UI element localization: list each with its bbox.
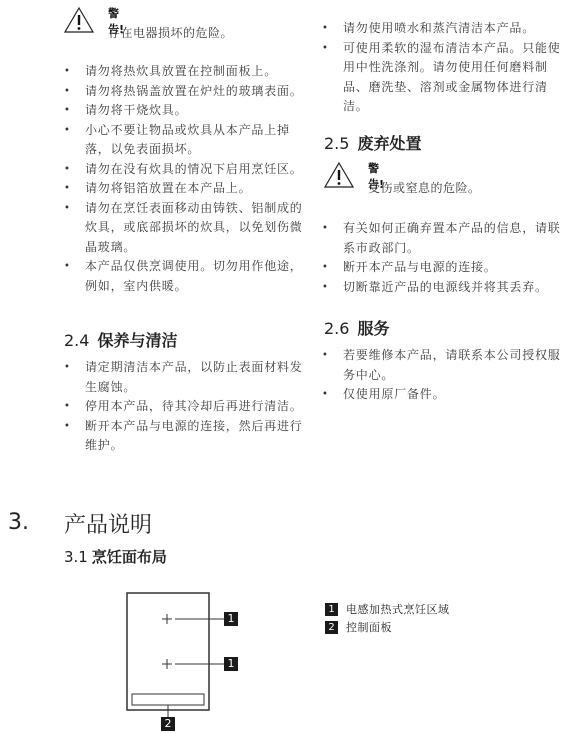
list-item: 请勿在没有炊具的情况下启用烹饪区。 xyxy=(64,160,304,180)
diagram-legend: 1 电感加热式烹饪区域 2 控制面板 xyxy=(325,600,450,636)
legend-label: 控制面板 xyxy=(346,619,392,635)
section-title: 废弃处置 xyxy=(357,134,421,153)
disposal-bullet-list: 有关如何正确弃置本产品的信息，请联系市政部门。 断开本产品与电源的连接。 切断靠… xyxy=(322,219,567,297)
chapter-number: 3. xyxy=(8,510,29,535)
list-item: 小心不要让物品或炊具从本产品上掉落，以免表面损坏。 xyxy=(64,121,304,160)
list-item: 若要维修本产品，请联系本公司授权服务中心。 xyxy=(322,346,567,385)
section-number: 2.5 xyxy=(324,134,349,153)
section-title: 服务 xyxy=(357,319,389,338)
section-number: 2.6 xyxy=(324,319,349,338)
list-item: 本产品仅供烹调使用。切勿用作他途，例如，室内供暖。 xyxy=(64,257,304,296)
list-item: 请勿将铝箔放置在本产品上。 xyxy=(64,179,304,199)
list-item: 断开本产品与电源的连接，然后再进行维护。 xyxy=(64,417,304,456)
legend-item: 2 控制面板 xyxy=(325,618,450,636)
list-item: 可使用柔软的湿布清洁本产品。只能使用中性洗涤剂。请勿使用任何磨料制品、磨洗垫、溶… xyxy=(322,39,567,117)
chapter-title: 产品说明 xyxy=(64,508,152,539)
section-title: 保养与清洁 xyxy=(97,331,177,350)
legend-number-badge: 1 xyxy=(325,603,338,616)
section-heading-2-4: 2.4保养与清洁 xyxy=(64,328,177,351)
list-item: 停用本产品，待其冷却后再进行清洁。 xyxy=(64,397,304,417)
list-item: 切断靠近产品的电源线并将其丢弃。 xyxy=(322,278,567,298)
list-item: 请勿将热锅盖放置在炉灶的玻璃表面。 xyxy=(64,82,304,102)
warning-text: 受伤或窒息的危险。 xyxy=(368,179,481,196)
service-bullet-list: 若要维修本产品，请联系本公司授权服务中心。 仅使用原厂备件。 xyxy=(322,346,567,405)
section-heading-2-5: 2.5废弃处置 xyxy=(324,131,421,154)
list-item: 请定期清洁本产品，以防止表面材料发生腐蚀。 xyxy=(64,358,304,397)
list-item: 请勿将干烧炊具。 xyxy=(64,101,304,121)
legend-item: 1 电感加热式烹饪区域 xyxy=(325,600,450,618)
callout-cooking-zone: 1 xyxy=(224,612,238,626)
legend-number-badge: 2 xyxy=(325,621,338,634)
legend-label: 电感加热式烹饪区域 xyxy=(346,601,450,617)
list-item: 请勿将热炊具放置在控制面板上。 xyxy=(64,62,304,82)
section-heading-3-1: 3.1烹饪面布局 xyxy=(64,546,167,567)
list-item: 断开本产品与电源的连接。 xyxy=(322,258,567,278)
warning-triangle-icon xyxy=(64,7,94,33)
list-item: 请勿使用喷水和蒸汽清洁本产品。 xyxy=(322,19,567,39)
warning-text: 存在电器损坏的危险。 xyxy=(108,24,233,41)
section-number: 3.1 xyxy=(64,548,88,566)
cleaning-bullet-list: 请勿使用喷水和蒸汽清洁本产品。 可使用柔软的湿布清洁本产品。只能使用中性洗涤剂。… xyxy=(322,19,567,117)
care-cleaning-list: 请定期清洁本产品，以防止表面材料发生腐蚀。 停用本产品，待其冷却后再进行清洁。 … xyxy=(64,358,304,456)
callout-cooking-zone: 1 xyxy=(224,657,238,671)
section-title: 烹饪面布局 xyxy=(92,548,167,566)
warning-triangle-icon xyxy=(324,162,354,188)
list-item: 有关如何正确弃置本产品的信息，请联系市政部门。 xyxy=(322,219,567,258)
section-heading-2-6: 2.6服务 xyxy=(324,316,389,339)
callout-control-panel: 2 xyxy=(161,717,175,731)
list-item: 仅使用原厂备件。 xyxy=(322,385,567,405)
safety-bullet-list: 请勿将热炊具放置在控制面板上。 请勿将热锅盖放置在炉灶的玻璃表面。 请勿将干烧炊… xyxy=(64,62,304,296)
list-item: 请勿在烹饪表面移动由铸铁、铝制成的炊具，或底部损坏的炊具，以免划伤微晶玻璃。 xyxy=(64,199,304,258)
section-number: 2.4 xyxy=(64,331,89,350)
